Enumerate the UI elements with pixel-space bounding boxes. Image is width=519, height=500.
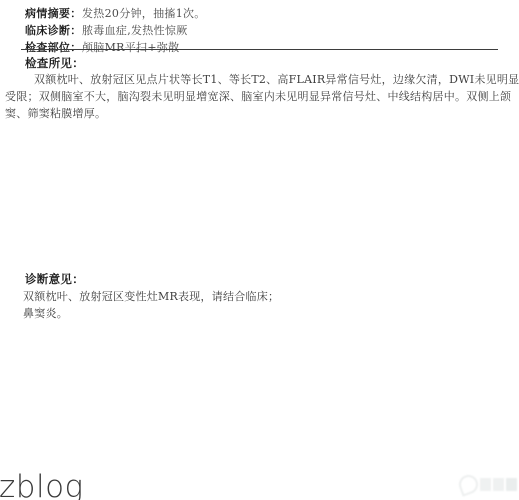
exam-site-row: 检查部位： 颅脑MR平扫+弥散 <box>25 41 179 54</box>
clinical-diagnosis-value: 脓毒血症,发热性惊厥 <box>82 24 188 37</box>
medical-report-page: 病情摘要： 发热20分钟，抽搐1次。 临床诊断： 脓毒血症,发热性惊厥 检查部位… <box>0 0 519 500</box>
exam-site-label: 检查部位： <box>25 41 82 54</box>
opinion-paragraph: 双额枕叶、放射冠区变性灶MR表现，请结合临床； 鼻窦炎。 <box>23 288 503 322</box>
exam-site-value: 颅脑MR平扫+弥散 <box>82 41 179 54</box>
opinion-heading: 诊断意见： <box>25 271 84 287</box>
findings-line: 双额枕叶、放射冠区见点片状等长T1、等长T2、高FLAIR异常信号灶，边缘欠清，… <box>5 71 515 88</box>
watermark-glyph <box>480 478 491 491</box>
opinion-line: 双额枕叶、放射冠区变性灶MR表现，请结合临床； <box>23 288 503 305</box>
findings-paragraph: 双额枕叶、放射冠区见点片状等长T1、等长T2、高FLAIR异常信号灶，边缘欠清，… <box>5 71 515 122</box>
findings-heading: 检查所见： <box>25 55 84 71</box>
watermark-glyph <box>493 478 504 491</box>
summary-value: 发热20分钟，抽搐1次。 <box>82 7 206 20</box>
clinical-diagnosis-label: 临床诊断： <box>25 24 82 37</box>
site-brand-zblog[interactable]: zblog <box>0 472 84 500</box>
clinical-diagnosis-row: 临床诊断： 脓毒血症,发热性惊厥 <box>25 24 188 37</box>
watermark-swirl-icon <box>456 472 480 496</box>
summary-label: 病情摘要： <box>25 7 82 20</box>
opinion-line: 鼻窦炎。 <box>23 305 503 322</box>
summary-row: 病情摘要： 发热20分钟，抽搐1次。 <box>25 7 206 20</box>
findings-line: 受限；双侧脑室不大，脑沟裂未见明显增宽深、脑室内未见明显异常信号灶、中线结构居中… <box>5 88 515 105</box>
watermark-logo <box>459 475 517 494</box>
watermark-glyph <box>506 478 517 491</box>
findings-line: 窦、筛窦粘膜增厚。 <box>5 105 515 122</box>
section-divider <box>21 49 498 50</box>
